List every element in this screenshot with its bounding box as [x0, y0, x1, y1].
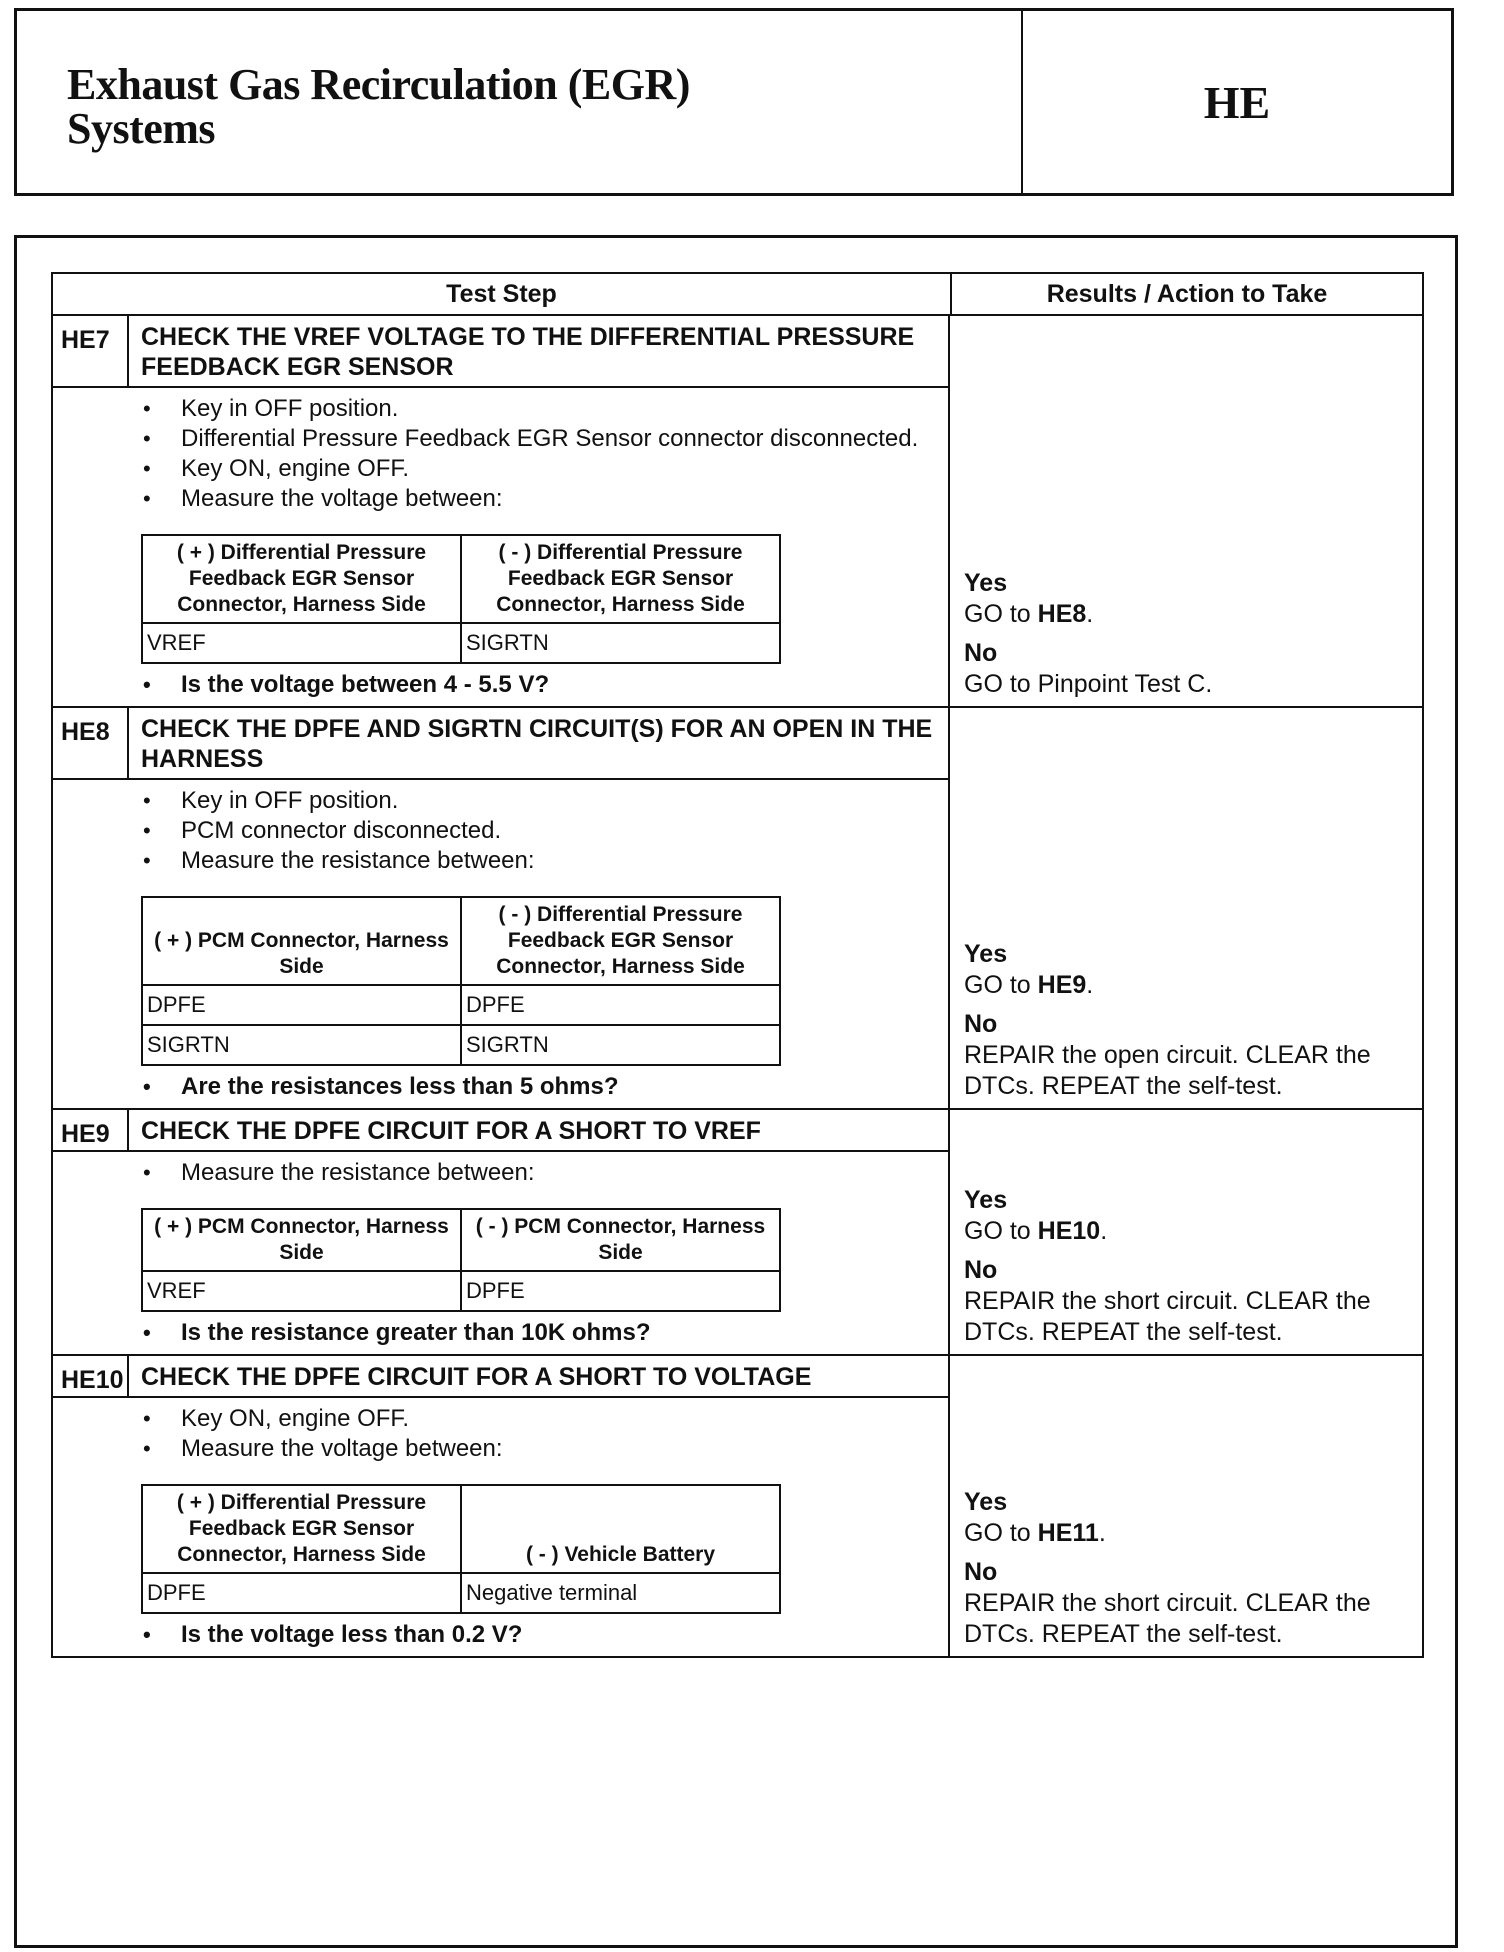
goto-link-he11[interactable]: HE11 [1038, 1519, 1099, 1547]
step-title: CHECK THE VREF VOLTAGE TO THE DIFFERENTI… [129, 316, 948, 386]
instruction: Measure the resistance between: [143, 1158, 948, 1188]
yes-action: GO to HE8. [964, 599, 1412, 630]
no-label: No [964, 1009, 1412, 1040]
instruction: Key ON, engine OFF. [143, 1404, 948, 1434]
step-question: Is the resistance greater than 10K ohms? [143, 1318, 948, 1348]
negative-lead-value: SIGRTN [461, 623, 780, 663]
instruction: Key in OFF position. [143, 394, 948, 424]
yes-action: GO to HE11. [964, 1518, 1412, 1549]
section-code: HE [1023, 11, 1451, 193]
results-cell: Yes GO to HE10. No REPAIR the short circ… [950, 1110, 1422, 1354]
positive-lead-value: DPFE [142, 1573, 461, 1613]
step-id: HE9 [53, 1110, 129, 1150]
negative-lead-header: ( - ) Differential Pressure Feedback EGR… [461, 535, 780, 623]
measurement-table: ( + ) Differential Pressure Feedback EGR… [141, 1484, 781, 1614]
measurement-table: ( + ) PCM Connector, Harness Side( - ) D… [141, 896, 781, 1066]
yes-label: Yes [964, 939, 1412, 970]
header-title-cell: Exhaust Gas Recirculation (EGR)Systems [17, 11, 1023, 193]
yes-suffix: . [1086, 971, 1093, 999]
no-action: GO to Pinpoint Test C. [964, 669, 1412, 700]
negative-lead-value: DPFE [461, 1271, 780, 1311]
yes-prefix: GO to [964, 971, 1038, 999]
results-cell: Yes GO to HE11. No REPAIR the short circ… [950, 1356, 1422, 1656]
negative-lead-value: DPFE [461, 985, 780, 1025]
yes-prefix: GO to [964, 1217, 1038, 1245]
goto-link-he9[interactable]: HE9 [1038, 971, 1087, 999]
col-header-results: Results / Action to Take [952, 274, 1422, 314]
step-title: CHECK THE DPFE CIRCUIT FOR A SHORT TO VR… [129, 1110, 948, 1150]
yes-label: Yes [964, 1185, 1412, 1216]
step-question: Is the voltage less than 0.2 V? [143, 1620, 948, 1650]
yes-label: Yes [964, 1487, 1412, 1518]
positive-lead-value: SIGRTN [142, 1025, 461, 1065]
yes-suffix: . [1099, 1519, 1106, 1547]
goto-link-he8[interactable]: HE8 [1038, 600, 1087, 628]
col-header-test-step: Test Step [53, 274, 952, 314]
step-id: HE7 [53, 316, 129, 386]
step-id: HE10 [53, 1356, 129, 1396]
instruction: PCM connector disconnected. [143, 816, 948, 846]
positive-lead-value: VREF [142, 623, 461, 663]
negative-lead-header: ( - ) Vehicle Battery [461, 1485, 780, 1573]
measurement-table: ( + ) PCM Connector, Harness Side( - ) P… [141, 1208, 781, 1312]
no-label: No [964, 1557, 1412, 1588]
instruction: Measure the voltage between: [143, 484, 948, 514]
page-header: Exhaust Gas Recirculation (EGR)Systems H… [14, 8, 1454, 196]
negative-lead-header: ( - ) Differential Pressure Feedback EGR… [461, 897, 780, 985]
instruction: Key ON, engine OFF. [143, 454, 948, 484]
test-step-he7: HE7 CHECK THE VREF VOLTAGE TO THE DIFFER… [53, 316, 1422, 708]
negative-lead-value: Negative terminal [461, 1573, 780, 1613]
positive-lead-value: DPFE [142, 985, 461, 1025]
instruction: Key in OFF position. [143, 786, 948, 816]
no-label: No [964, 638, 1412, 669]
diagnostic-table: Test Step Results / Action to Take HE7 C… [51, 272, 1424, 1658]
title-line-2: Systems [67, 104, 215, 153]
test-step-he9: HE9 CHECK THE DPFE CIRCUIT FOR A SHORT T… [53, 1110, 1422, 1356]
yes-suffix: . [1086, 600, 1093, 628]
test-step-he8: HE8 CHECK THE DPFE AND SIGRTN CIRCUIT(S)… [53, 708, 1422, 1110]
positive-lead-header: ( + ) PCM Connector, Harness Side [142, 1209, 461, 1271]
step-question: Is the voltage between 4 - 5.5 V? [143, 670, 948, 700]
step-title: CHECK THE DPFE AND SIGRTN CIRCUIT(S) FOR… [129, 708, 948, 778]
measurement-table: ( + ) Differential Pressure Feedback EGR… [141, 534, 781, 664]
negative-lead-header: ( - ) PCM Connector, Harness Side [461, 1209, 780, 1271]
page-title: Exhaust Gas Recirculation (EGR)Systems [67, 63, 690, 151]
no-label: No [964, 1255, 1412, 1286]
no-action: REPAIR the open circuit. CLEAR the DTCs.… [964, 1040, 1412, 1102]
negative-lead-value: SIGRTN [461, 1025, 780, 1065]
results-cell: Yes GO to HE8. No GO to Pinpoint Test C. [950, 316, 1422, 706]
positive-lead-value: VREF [142, 1271, 461, 1311]
step-id: HE8 [53, 708, 129, 778]
step-question: Are the resistances less than 5 ohms? [143, 1072, 948, 1102]
positive-lead-header: ( + ) PCM Connector, Harness Side [142, 897, 461, 985]
table-header-row: Test Step Results / Action to Take [53, 274, 1422, 316]
test-step-he10: HE10 CHECK THE DPFE CIRCUIT FOR A SHORT … [53, 1356, 1422, 1656]
step-title: CHECK THE DPFE CIRCUIT FOR A SHORT TO VO… [129, 1356, 948, 1396]
yes-action: GO to HE9. [964, 970, 1412, 1001]
yes-suffix: . [1100, 1217, 1107, 1245]
goto-link-he10[interactable]: HE10 [1038, 1217, 1101, 1245]
yes-action: GO to HE10. [964, 1216, 1412, 1247]
content-frame: Test Step Results / Action to Take HE7 C… [14, 235, 1458, 1948]
results-cell: Yes GO to HE9. No REPAIR the open circui… [950, 708, 1422, 1108]
instruction: Differential Pressure Feedback EGR Senso… [143, 424, 948, 454]
no-action: REPAIR the short circuit. CLEAR the DTCs… [964, 1588, 1412, 1650]
no-action: REPAIR the short circuit. CLEAR the DTCs… [964, 1286, 1412, 1348]
positive-lead-header: ( + ) Differential Pressure Feedback EGR… [142, 1485, 461, 1573]
yes-prefix: GO to [964, 600, 1038, 628]
title-line-1: Exhaust Gas Recirculation (EGR) [67, 60, 690, 109]
positive-lead-header: ( + ) Differential Pressure Feedback EGR… [142, 535, 461, 623]
instruction: Measure the voltage between: [143, 1434, 948, 1464]
instruction: Measure the resistance between: [143, 846, 948, 876]
yes-label: Yes [964, 568, 1412, 599]
yes-prefix: GO to [964, 1519, 1038, 1547]
